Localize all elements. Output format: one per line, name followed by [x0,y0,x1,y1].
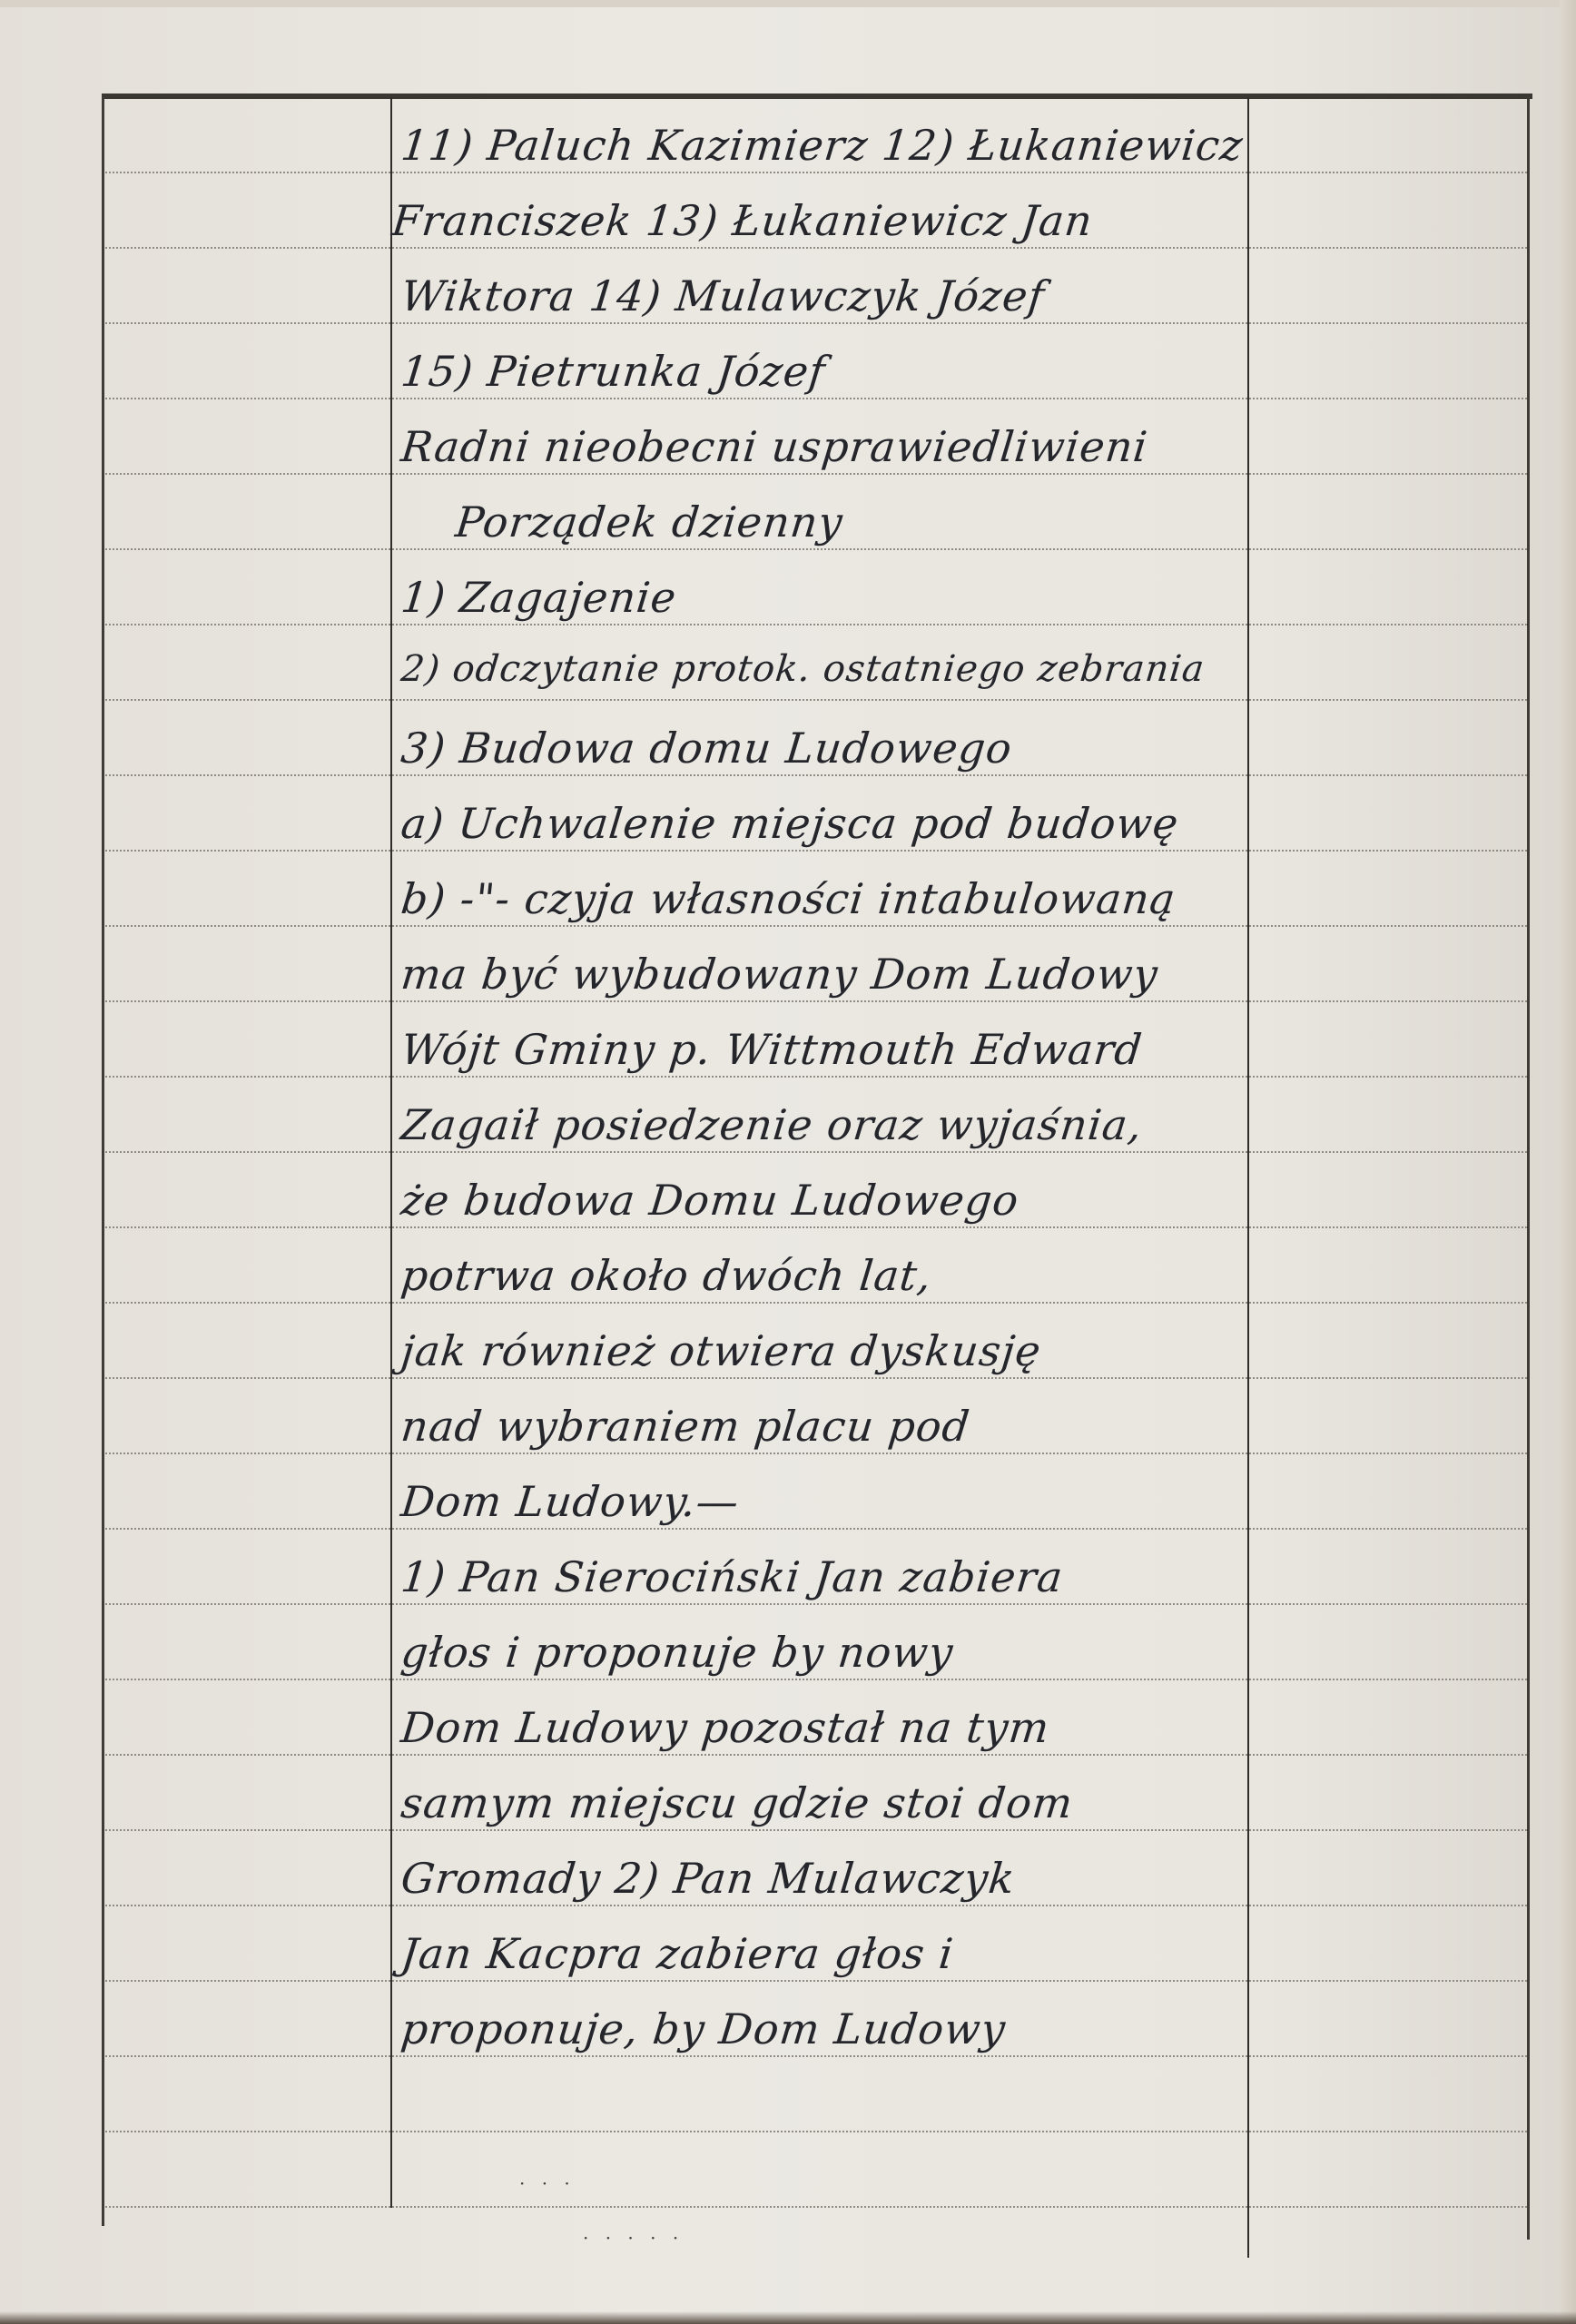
text-line: b) -"- czyja własności intabulowaną [399,874,1178,923]
page-bottom-edge [0,2311,1576,2324]
rule-line [105,548,1527,550]
rule-line [105,1452,1527,1454]
text-line: samym miejscu gdzie stoi dom [399,1778,1076,1827]
rule-line [105,2055,1527,2057]
ledger-top-border [102,94,1532,99]
rule-line [105,1603,1527,1605]
text-line: 2) odczytanie protok. ostatniego zebrani… [399,648,1207,690]
rule-line [105,1905,1527,1906]
rule-line [105,2206,1527,2208]
text-line: jak również otwiera dyskusję [399,1326,1044,1375]
text-line: Franciszek 13) Łukaniewicz Jan [389,196,1095,245]
text-line: Wiktora 14) Mulawczyk Józef [399,271,1047,320]
rule-line [105,1980,1527,1982]
text-line: proponuje, by Dom Ludowy [399,2004,1008,2053]
text-line: Dom Ludowy.— [399,1477,742,1526]
column-divider-right [1247,97,1249,2258]
rule-line [105,172,1527,173]
ledger-right-border [1527,97,1530,2240]
rule-line [105,774,1527,776]
ink-blots: · · · · · [583,2227,684,2249]
rule-line [105,473,1527,475]
rule-line [105,850,1527,852]
text-line: Radni nieobecni usprawiedliwieni [399,422,1150,471]
rule-line [105,2131,1527,2132]
rule-line [105,1302,1527,1304]
rule-line [105,1151,1527,1153]
rule-line [105,1076,1527,1078]
text-line: a) Uchwalenie miejsca pod budowę [399,799,1181,848]
text-line: 11) Paluch Kazimierz 12) Łukaniewicz [399,121,1246,170]
text-line: Gromady 2) Pan Mulawczyk [399,1854,1018,1903]
text-line: nad wybraniem placu pod [399,1402,972,1451]
text-line: Zagaił posiedzenie oraz wyjaśnia, [399,1100,1145,1149]
rule-line [105,699,1527,701]
page-top-edge [0,0,1576,7]
rule-line [105,1377,1527,1379]
text-line: Porządek dzienny [453,497,845,547]
text-line: Dom Ludowy pozostał na tym [399,1703,1052,1752]
text-line: ma być wybudowany Dom Ludowy [399,950,1160,999]
rule-line [105,925,1527,927]
text-line: że budowa Domu Ludowego [399,1176,1021,1225]
text-line: 1) Pan Sierociński Jan zabiera [399,1552,1066,1601]
rule-line [105,1528,1527,1530]
text-line: głos i proponuje by nowy [399,1628,956,1677]
page-right-edge [1560,0,1576,2324]
rule-line [105,322,1527,324]
rule-line [105,1679,1527,1680]
rule-line [105,1226,1527,1228]
ink-blots: · · · [519,2172,576,2194]
text-line: 15) Pietrunka Józef [399,347,828,396]
rule-line [105,624,1527,625]
rule-line [105,1754,1527,1756]
text-line: potrwa około dwóch lat, [399,1251,934,1300]
text-line: 3) Budowa domu Ludowego [399,724,1015,773]
ledger-table: 11) Paluch Kazimierz 12) Łukaniewicz Fra… [102,94,1532,2227]
rule-line [105,1829,1527,1831]
text-line: Jan Kacpra zabiera głos i [399,1929,956,1978]
rule-line [105,247,1527,249]
ledger-page: 11) Paluch Kazimierz 12) Łukaniewicz Fra… [0,0,1576,2324]
rule-line [105,398,1527,399]
text-line: 1) Zagajenie [399,573,679,622]
ledger-left-border [102,97,104,2226]
text-line: Wójt Gminy p. Wittmouth Edward [399,1025,1145,1074]
rule-line [105,1000,1527,1002]
